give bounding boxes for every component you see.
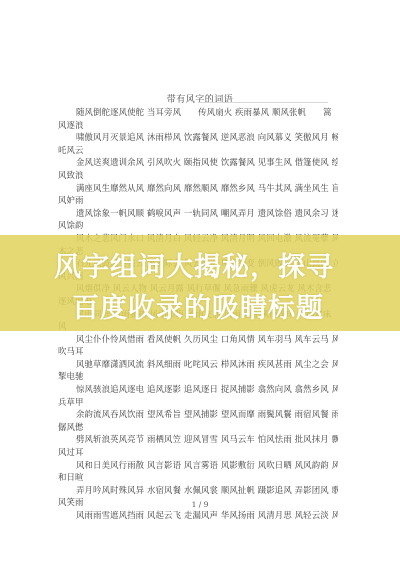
- list-item: 满座风生靡然从风 靡然向风 靡然顺风 靡然乡风 马牛其风 满坐风生 盲风妒雨: [58, 182, 338, 207]
- list-item: 啸傲风月灭景追风 沐雨栉风 饮露餐风 逆风恶浪 向风慕义 笑傲风月 畅吒风云: [58, 131, 338, 156]
- page-indicator: 1 / 9: [0, 500, 400, 509]
- list-item: 惊风骇浪追风逐电 追风逐影 追风逐日 捉风捕影 翕然向风 翕然乡风 风兵草甲: [58, 383, 338, 408]
- list-item: 随风倒舵逐风使舵 当耳旁风 传风扇火 疾雨暴风 顺风张帆 篙风逐浪: [58, 106, 338, 131]
- list-item: 风和日美风行雨散 风言影语 风言雾语 风影敷衍 风吹日晒 风风韵韵 风和日暄: [58, 459, 338, 484]
- list-item: 风尘仆仆怜风惜雨 看风使帆 久历风尘 口角风情 风车羽马 风车云马 风吹马耳: [58, 333, 338, 358]
- document-title: 带有风字的词语: [0, 92, 400, 105]
- list-item: 金风送爽遗训余风 引风吹火 颐指风使 饮露餐风 见事生风 借篷使风 绘风致浪: [58, 156, 338, 181]
- list-item: 余韵流风吞风饮雨 望风希旨 望风捕影 望风而靡 雨鬓风鬟 雨宿风餐 雨僝风僽: [58, 408, 338, 433]
- list-item: 风驰草靡潇洒风流 斜风细雨 叱咤风云 栉风沐雨 疾风甚雨 风尘之会 风掣电驰: [58, 358, 338, 383]
- headline-banner: 风字组词大揭秘，探寻 百度收录的吸睛标题: [0, 235, 400, 331]
- title-underline: [198, 102, 328, 103]
- headline-line-2: 百度收录的吸睛标题: [0, 286, 398, 325]
- list-item: 遗风馀象一帆风顺 鹤唳风声 一轨同风 嘲风弄月 遗风馀俗 遗风余习 迷风馀韵: [58, 207, 338, 232]
- list-item: 风雨雨雪遮风挡雨 风起云飞 走漏风声 华风扬雨 风清月思 风轻云淡 风: [58, 509, 338, 522]
- list-item: 劈风斩浪英风亮节 雨栖风笠 迎风冒雪 风马云车 怕风怯雨 批风抹月 飘风过耳: [58, 433, 338, 458]
- headline-line-1: 风字组词大揭秘，探寻: [0, 245, 394, 284]
